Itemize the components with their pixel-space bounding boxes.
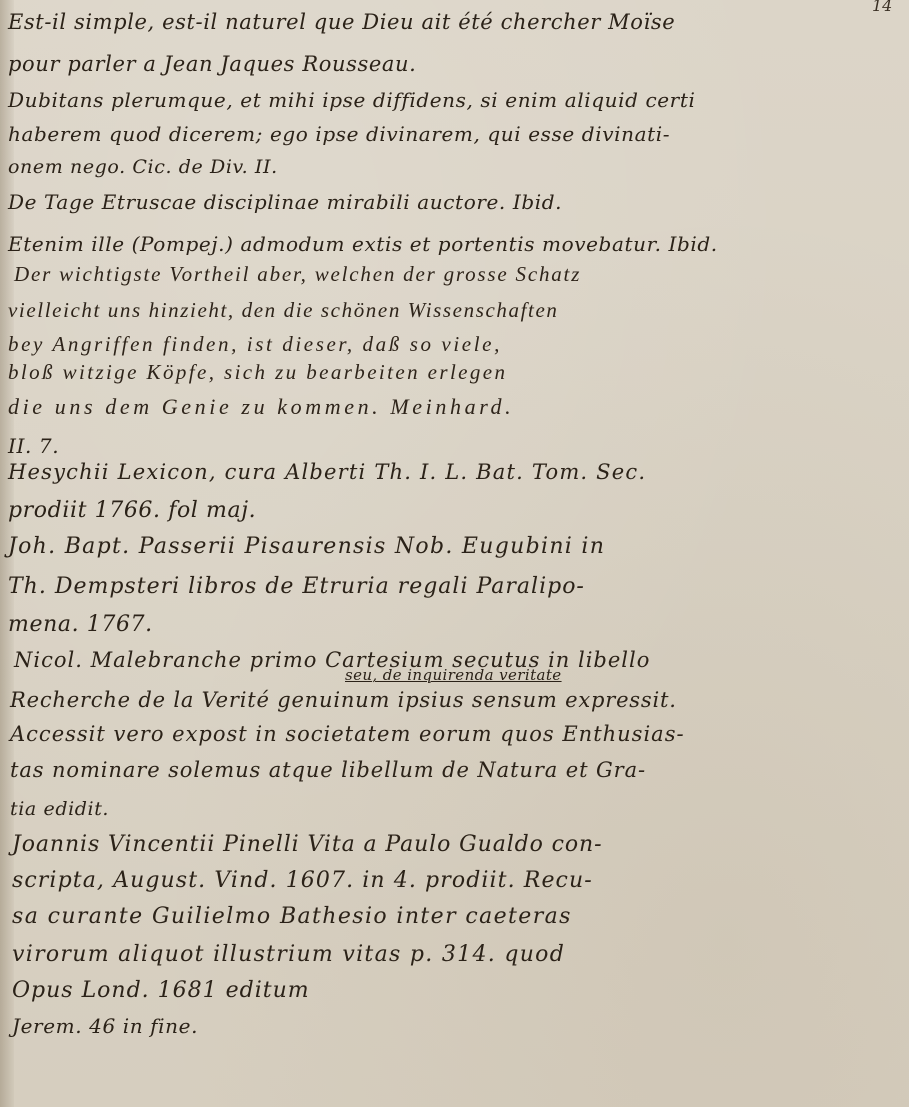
text-line-kurrent: die uns dem Genie zu kommen. Meinhard. (8, 396, 514, 418)
manuscript-page: 14 Est-il simple, est-il naturel que Die… (0, 0, 909, 1107)
interlinear-insertion: seu, de inquirenda veritate (345, 668, 562, 683)
text-line: Jerem. 46 in fine. (12, 1016, 198, 1036)
text-line: prodiit 1766. fol maj. (8, 500, 256, 522)
text-line: Opus Lond. 1681 editum (12, 980, 310, 1002)
text-line: haberem quod dicerem; ego ipse divinarem… (8, 124, 670, 144)
text-line-kurrent: Der wichtigste Vortheil aber, welchen de… (14, 264, 581, 285)
text-line: Accessit vero expost in societatem eorum… (10, 724, 685, 745)
text-line: Recherche de la Verité genuinum ipsius s… (10, 690, 677, 711)
text-line: mena. 1767. (8, 614, 153, 636)
folio-number: 14 (872, 0, 892, 15)
text-line-kurrent: bloß witzige Köpfe, sich zu bearbeiten e… (8, 362, 507, 383)
text-line: tas nominare solemus atque libellum de N… (10, 760, 646, 781)
text-line: sa curante Guilielmo Bathesio inter caet… (12, 906, 572, 928)
text-line: De Tage Etruscae disciplinae mirabili au… (8, 192, 562, 212)
text-line: Hesychii Lexicon, cura Alberti Th. I. L.… (8, 462, 646, 483)
text-line-kurrent: bey Angriffen finden, ist dieser, daß so… (8, 334, 502, 355)
text-line: tia edidit. (10, 800, 109, 819)
text-line: pour parler a Jean Jaques Rousseau. (8, 54, 416, 75)
text-line: virorum aliquot illustrium vitas p. 314.… (12, 944, 565, 966)
text-line: scripta, August. Vind. 1607. in 4. prodi… (12, 870, 593, 892)
interlinear-text: seu, de inquirenda veritate (345, 666, 562, 684)
text-line-kurrent: vielleicht uns hinzieht, den die schönen… (8, 300, 558, 321)
section-heading: II. 7. (8, 436, 59, 456)
text-line: Etenim ille (Pompej.) admodum extis et p… (8, 234, 718, 254)
text-line: Est-il simple, est-il naturel que Dieu a… (8, 12, 675, 33)
text-line: Dubitans plerumque, et mihi ipse diffide… (8, 90, 695, 110)
text-line: Joannis Vincentii Pinelli Vita a Paulo G… (12, 834, 602, 856)
text-line: onem nego. Cic. de Div. II. (8, 158, 278, 177)
text-line: Th. Dempsteri libros de Etruria regali P… (8, 576, 585, 598)
text-line: Joh. Bapt. Passerii Pisaurensis Nob. Eug… (8, 536, 605, 558)
